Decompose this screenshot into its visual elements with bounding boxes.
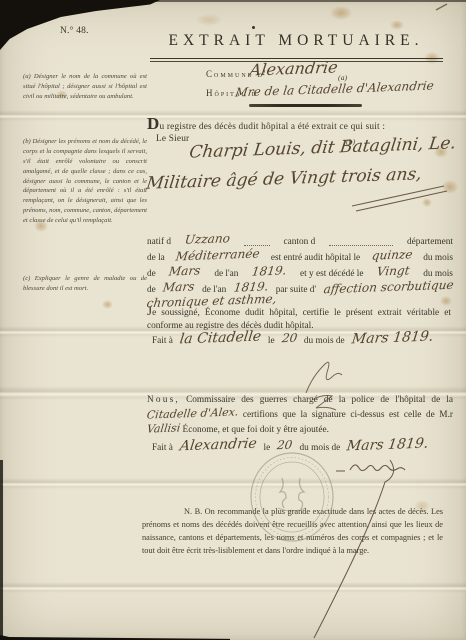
- photo-edge-top: [150, 0, 466, 2]
- nous-text-1: Commissaire des guerres chargé de la pol…: [186, 395, 453, 405]
- fait-line-citadelle: Fait à la Citadelle le 20 du mois de Mar…: [152, 331, 433, 347]
- nous-text-3: Économe, et que foi doit y être ajoutée.: [183, 425, 329, 435]
- death-date-line: de Mars de l'an 1819. et y est décédé le…: [147, 265, 453, 279]
- paper-stain: [442, 180, 458, 194]
- margin-note-a: (a) Désigner le nom de la commune où est…: [23, 72, 147, 102]
- nous-label: Nous,: [147, 395, 180, 405]
- header-heavy-rule: [249, 104, 362, 107]
- de-label: de: [147, 269, 156, 279]
- fait-label: Fait à: [152, 336, 173, 346]
- document-title: EXTRAIT MORTUAIRE.: [148, 32, 444, 50]
- nota-bene-note: N. B. On recommande la plus grande exact…: [142, 505, 443, 557]
- nous-text-2: certifions que la signature ci-dessus es…: [243, 410, 453, 420]
- fait-place-handwritten: la Citadelle: [179, 329, 262, 348]
- canton-label: canton d: [284, 237, 316, 247]
- death-day-handwritten: Vingt: [376, 263, 410, 278]
- fait-label: Fait à: [152, 443, 173, 453]
- pen-tick-mark: [436, 4, 447, 10]
- document-paper: N.° 48. EXTRAIT MORTUAIRE. Commune d' Al…: [0, 0, 466, 640]
- admission-year-handwritten: 1819.: [251, 263, 287, 278]
- hopital-handwritten-value: Mre de la Citadelle d'Alexandrie: [235, 79, 435, 100]
- fait-day-handwritten: 20: [281, 331, 298, 346]
- margin-note-b: (b) Désigner les prénoms et nom du décéd…: [23, 137, 147, 226]
- fait-day-handwritten: 20: [276, 438, 293, 453]
- commissaire-certification: Nous, Commissaire des guerres chargé de …: [147, 394, 453, 437]
- death-cause-line: de Mars de l'an 1819. par suite d' affec…: [147, 281, 453, 295]
- admission-line: de la Méditerranée est entré audit hôpit…: [147, 249, 453, 263]
- departement-handwritten: Méditerranée: [175, 247, 261, 264]
- fold-crease: [0, 582, 466, 593]
- sieur-label: Le Sieur: [156, 134, 189, 144]
- departement-label: département: [407, 237, 453, 247]
- paper-stain: [422, 198, 432, 207]
- suite-label: par suite d': [276, 285, 316, 295]
- photo-edge-left: [0, 460, 3, 640]
- ink-speck: [252, 26, 255, 29]
- paper-stain: [330, 6, 352, 20]
- cause-handwritten: affection scorbutique: [322, 278, 454, 297]
- du-mois-label: du mois: [423, 253, 453, 263]
- natif-label: natif d: [147, 237, 171, 247]
- document-number: N.° 48.: [60, 26, 89, 36]
- le-label: le: [263, 443, 270, 453]
- scanned-document-photo: N.° 48. EXTRAIT MORTUAIRE. Commune d' Al…: [0, 0, 466, 640]
- fold-crease: [0, 478, 466, 489]
- decede-label: et y est décédé le: [300, 269, 364, 279]
- de-label: de: [147, 285, 156, 295]
- deceased-name-handwritten: Charpi Louis, dit Bataglini, Le.: [188, 133, 457, 162]
- margin-note-c: (c) Expliquer le genre de maladie ou de …: [23, 274, 147, 294]
- paper-stain: [102, 300, 113, 309]
- flourish-double-slash: [352, 186, 447, 211]
- le-label: le: [268, 336, 275, 346]
- fait-line-alexandrie: Fait à Alexandrie le 20 du mois de Mars …: [152, 438, 428, 454]
- admission-label: est entré audit hôpital le: [271, 253, 360, 263]
- de-la-label: de la: [147, 253, 165, 263]
- blank-dotted-line: [244, 237, 270, 246]
- an-label: de l'an: [214, 269, 238, 279]
- admission-day-handwritten: quinze: [371, 247, 413, 262]
- fait-place-handwritten: Alexandrie: [179, 436, 258, 455]
- fait-date-handwritten: Mars 1819.: [346, 436, 429, 455]
- nous-place-handwritten: Citadelle d'Alex.: [146, 405, 239, 421]
- commune-handwritten-value: Alexandrie: [249, 57, 339, 79]
- econome-name-handwritten: Vallisi: [146, 421, 181, 435]
- register-intro-line: Du registre des décès dudit hôpital a ét…: [147, 114, 449, 134]
- birthplace-line: natif d Uzzano canton d département: [147, 233, 453, 247]
- admission-month-handwritten: Mars: [168, 263, 201, 278]
- du-mois-de-label: du mois de: [299, 443, 340, 453]
- blank-dotted-line: [329, 237, 393, 246]
- deceased-description-handwritten: Militaire âgé de Vingt trois ans,: [145, 164, 423, 194]
- paper-stain: [390, 20, 404, 30]
- death-month-handwritten: Mars: [162, 279, 195, 294]
- du-mois-de-label: du mois de: [304, 336, 345, 346]
- paper-stain: [196, 14, 222, 26]
- birthplace-handwritten: Uzzano: [184, 231, 231, 247]
- fait-date-handwritten: Mars 1819.: [350, 329, 433, 348]
